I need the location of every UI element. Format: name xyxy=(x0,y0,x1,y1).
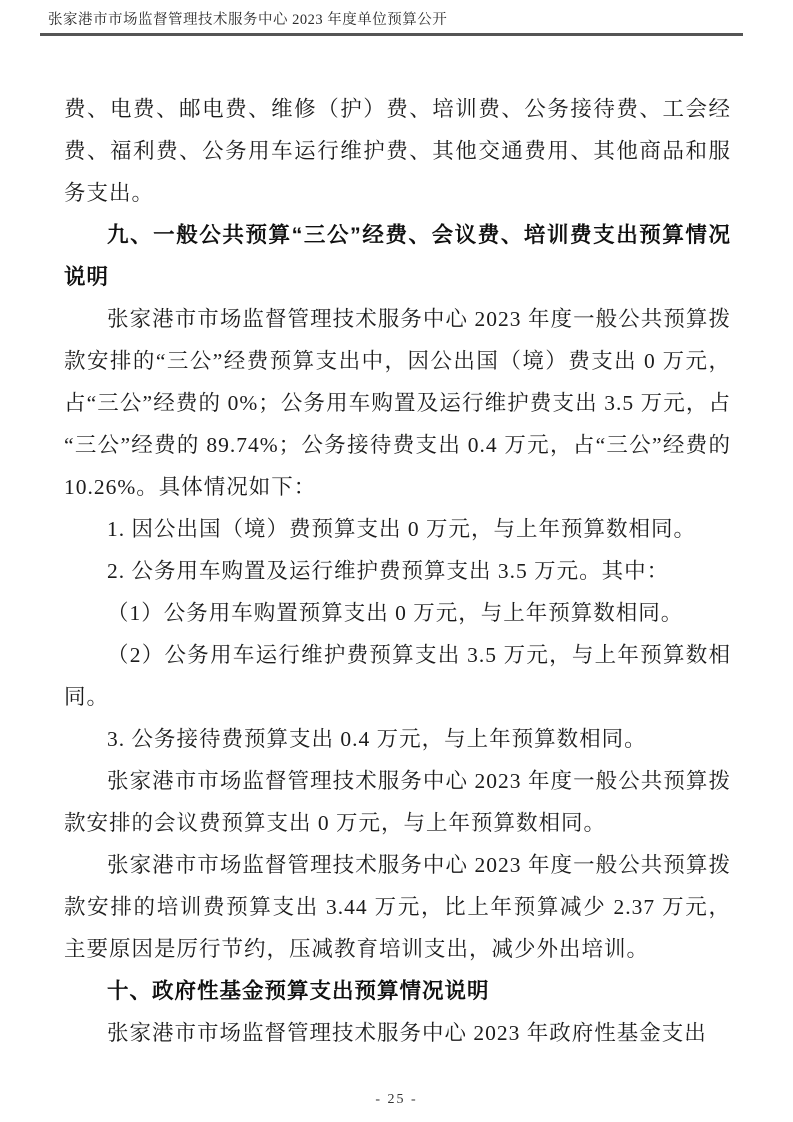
paragraph-continuation: 费、电费、邮电费、维修（护）费、培训费、公务接待费、工会经费、福利费、公务用车运… xyxy=(64,88,731,214)
paragraph-item-1-abroad-fee: 1. 因公出国（境）费预算支出 0 万元，与上年预算数相同。 xyxy=(64,508,731,550)
paragraph-three-public-overview: 张家港市市场监督管理技术服务中心 2023 年度一般公共预算拨款安排的“三公”经… xyxy=(64,298,731,508)
section-heading-nine: 九、一般公共预算“三公”经费、会议费、培训费支出预算情况说明 xyxy=(64,214,731,298)
page-header-title: 张家港市市场监督管理技术服务中心 2023 年度单位预算公开 xyxy=(40,11,743,36)
document-body: 费、电费、邮电费、维修（护）费、培训费、公务接待费、工会经费、福利费、公务用车运… xyxy=(64,88,731,1054)
paragraph-item-3-reception-fee: 3. 公务接待费预算支出 0.4 万元，与上年预算数相同。 xyxy=(64,718,731,760)
page-number: - 25 - xyxy=(0,1092,793,1108)
paragraph-training-fee: 张家港市市场监督管理技术服务中心 2023 年度一般公共预算拨款安排的培训费预算… xyxy=(64,844,731,970)
section-heading-ten: 十、政府性基金预算支出预算情况说明 xyxy=(64,970,731,1012)
paragraph-item-2-2-vehicle-maintenance: （2）公务用车运行维护费预算支出 3.5 万元，与上年预算数相同。 xyxy=(64,634,731,718)
paragraph-government-fund: 张家港市市场监督管理技术服务中心 2023 年政府性基金支出 xyxy=(64,1012,731,1054)
document-page: 张家港市市场监督管理技术服务中心 2023 年度单位预算公开 费、电费、邮电费、… xyxy=(0,0,793,1122)
paragraph-meeting-fee: 张家港市市场监督管理技术服务中心 2023 年度一般公共预算拨款安排的会议费预算… xyxy=(64,760,731,844)
paragraph-item-2-1-vehicle-purchase: （1）公务用车购置预算支出 0 万元，与上年预算数相同。 xyxy=(64,592,731,634)
paragraph-item-2-vehicle-fee: 2. 公务用车购置及运行维护费预算支出 3.5 万元。其中： xyxy=(64,550,731,592)
